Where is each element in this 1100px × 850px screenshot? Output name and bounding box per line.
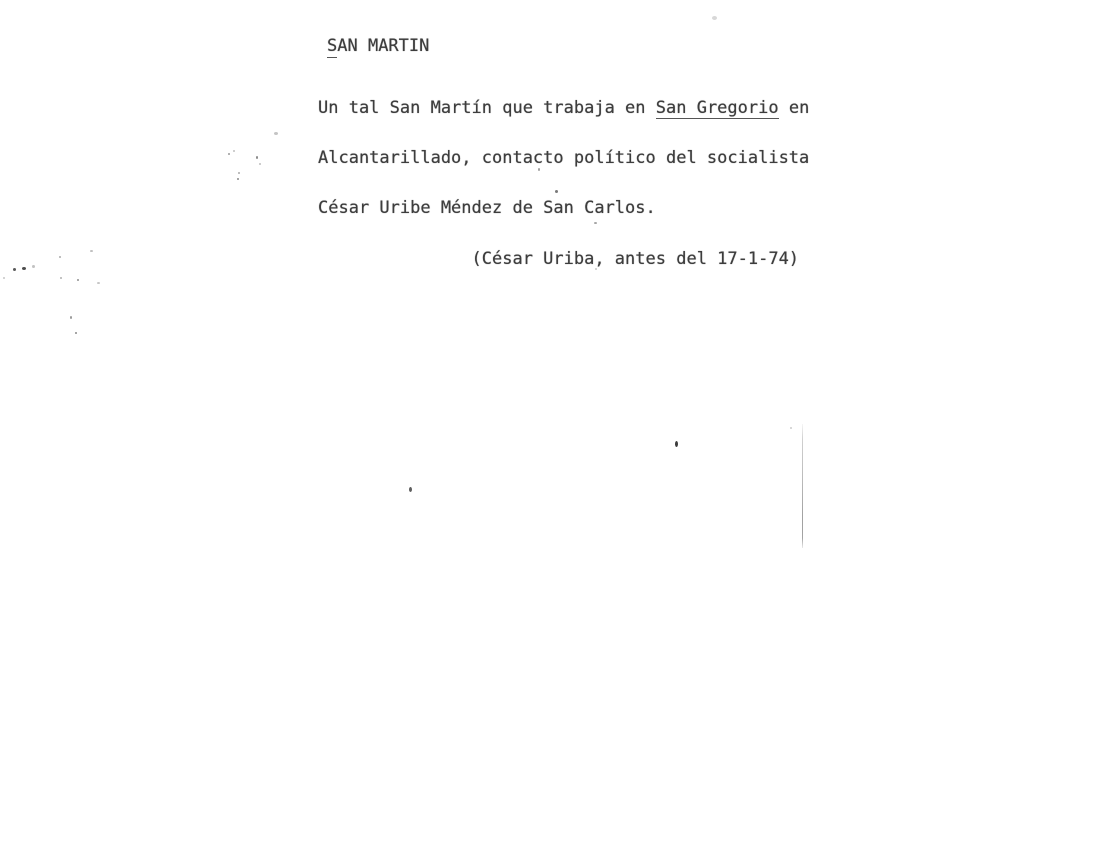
scan-speck xyxy=(77,279,79,281)
scan-speck xyxy=(259,163,261,165)
scan-speck xyxy=(3,277,5,279)
scan-speck xyxy=(256,156,258,159)
scan-speck xyxy=(13,268,16,271)
scan-speck xyxy=(274,132,278,135)
scan-speck xyxy=(22,267,26,270)
document-line: (César Uriba, antes del 17-1-74) xyxy=(318,251,809,268)
scan-speck xyxy=(555,190,558,193)
scan-speck xyxy=(70,316,72,319)
heading-rest: AN MARTIN xyxy=(337,36,429,56)
scan-speck xyxy=(233,150,235,152)
scan-speck xyxy=(712,16,717,20)
scan-speck xyxy=(90,250,93,252)
document-line: Alcantarillado, contacto político del so… xyxy=(318,150,809,167)
line1-underlined-phrase: San Gregorio xyxy=(656,98,779,120)
scan-speck xyxy=(228,153,230,155)
heading-underlined-letter: S xyxy=(327,36,337,58)
document-page: SAN MARTIN Un tal San Martín que trabaja… xyxy=(0,0,1100,850)
scan-speck xyxy=(595,268,597,270)
document-body: Un tal San Martín que trabaja en San Gre… xyxy=(318,66,809,301)
scan-speck xyxy=(238,172,240,174)
document-line: Un tal San Martín que trabaja en San Gre… xyxy=(318,100,809,117)
scan-speck xyxy=(538,168,540,171)
scan-speck xyxy=(60,277,62,279)
document-heading: SAN MARTIN xyxy=(327,38,429,55)
scan-crease-line xyxy=(802,424,803,548)
scan-speck xyxy=(594,222,597,224)
scan-speck xyxy=(97,282,100,284)
line1-pre: Un tal San Martín que trabaja en xyxy=(318,98,656,118)
scan-speck xyxy=(237,178,239,180)
scan-speck xyxy=(675,441,678,447)
document-line: César Uribe Méndez de San Carlos. xyxy=(318,200,809,217)
scan-speck xyxy=(409,487,412,492)
scan-speck xyxy=(32,265,35,268)
scan-speck xyxy=(75,332,77,334)
scan-speck xyxy=(790,427,792,429)
line1-post: en xyxy=(779,98,810,118)
scan-speck xyxy=(59,256,61,258)
